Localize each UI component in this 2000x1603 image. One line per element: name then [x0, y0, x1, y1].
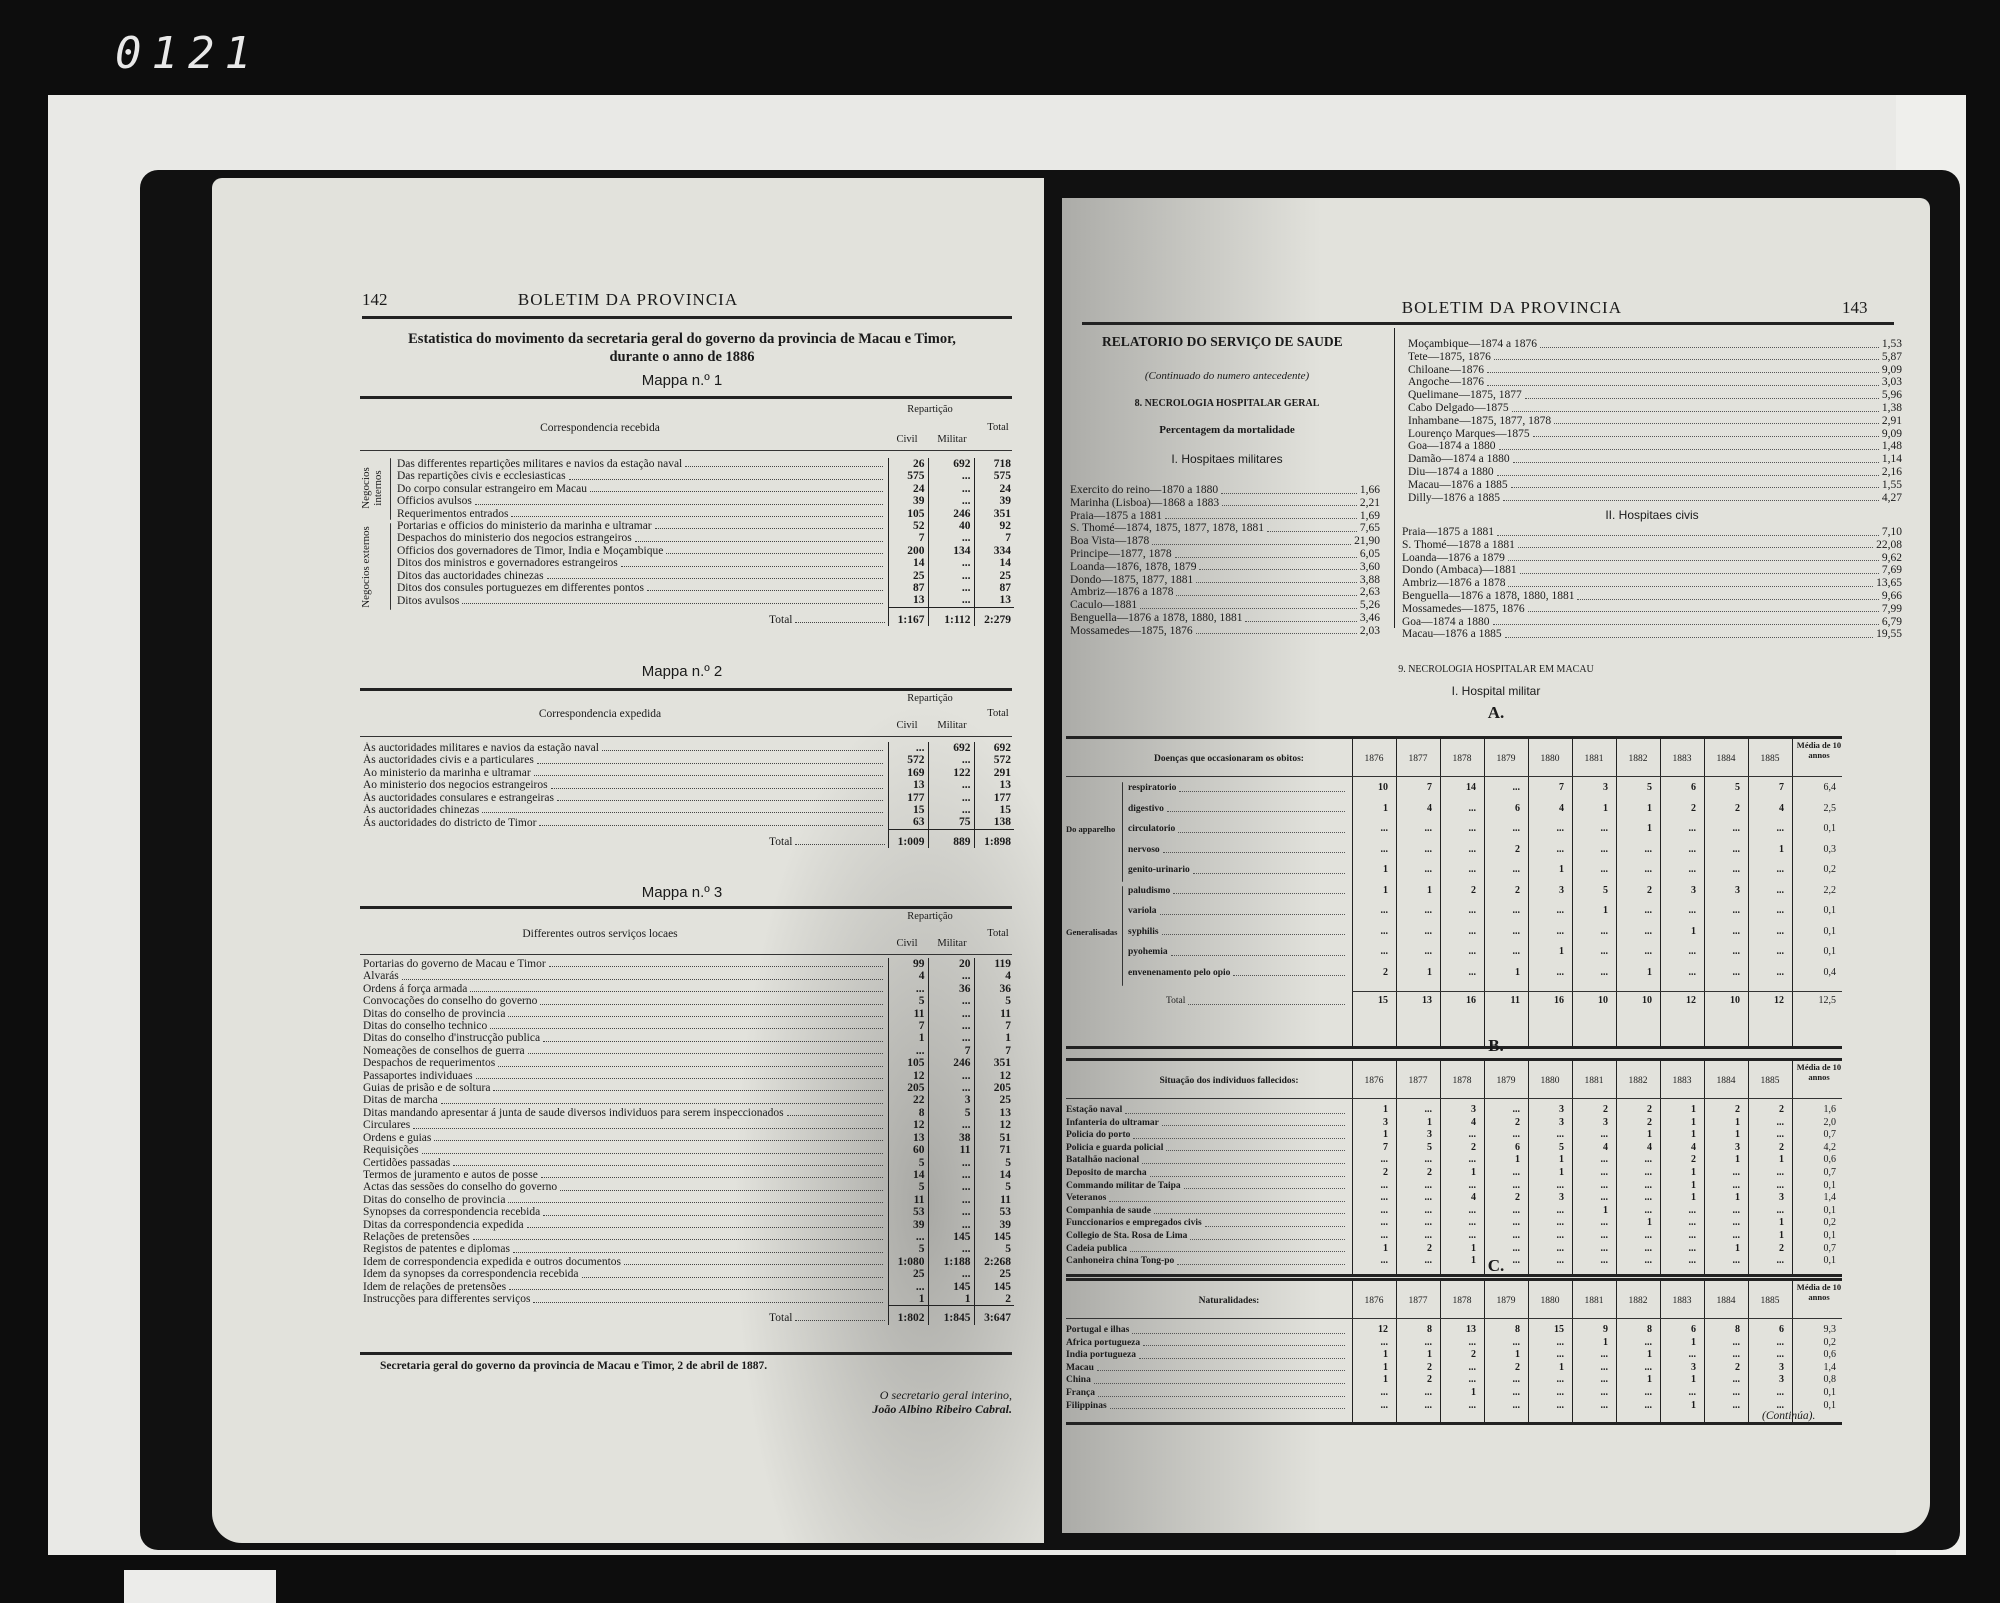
- table-row: Relações de pretensões...145145: [360, 1231, 1014, 1243]
- table-row: Ordens e guias133851: [360, 1132, 1014, 1144]
- militar-value: ...: [928, 1194, 974, 1206]
- civil-value: ...: [888, 1231, 928, 1243]
- hospital-label: Dilly—1876 a 1885: [1408, 492, 1500, 505]
- cell-value: 1: [1352, 1349, 1388, 1360]
- row-label: Alvarás: [363, 970, 399, 982]
- cell-value: ...: [1484, 1129, 1520, 1140]
- row-label: França: [1066, 1387, 1095, 1400]
- cell-value: ...: [1396, 1192, 1432, 1203]
- grand-total: 2:279: [974, 607, 1014, 626]
- total-value: 87: [974, 582, 1014, 594]
- mortality-value: 9,62: [1882, 552, 1902, 565]
- civil-value: 11: [888, 1194, 928, 1206]
- cell-value: ...: [1616, 1230, 1652, 1241]
- mortality-value: 1,53: [1882, 338, 1902, 351]
- row-label: Das repartições civis e ecclesiasticas: [397, 470, 566, 482]
- cell-value: 7: [1748, 782, 1784, 793]
- cell-value: ...: [1572, 1154, 1608, 1165]
- total-row: Total1:8021:8453:647: [360, 1306, 1014, 1325]
- row-label: Funccionarios e empregados civis: [1066, 1217, 1202, 1230]
- total-value: 12: [1660, 995, 1696, 1006]
- year-header: 1881: [1572, 754, 1616, 764]
- cell-value: ...: [1396, 864, 1432, 875]
- cell-value: ...: [1616, 1387, 1652, 1398]
- table-row: Portarias do governo de Macau e Timor992…: [360, 958, 1014, 970]
- militar-value: ...: [928, 557, 974, 569]
- table-row: Circulares12...12: [360, 1119, 1014, 1131]
- media-total: 12,5: [1792, 995, 1836, 1006]
- cell-value: 1: [1396, 1349, 1432, 1360]
- cell-value: ...: [1528, 1129, 1564, 1140]
- cell-value: ...: [1660, 1230, 1696, 1241]
- total-value: 39: [974, 495, 1014, 507]
- row-label: Ditas do conselho technico: [363, 1020, 487, 1032]
- year-header: 1878: [1440, 1076, 1484, 1086]
- total-value: 10: [1572, 995, 1608, 1006]
- cell-value: ...: [1484, 926, 1520, 937]
- cell-value: ...: [1572, 844, 1608, 855]
- table-row: Synopses da correspondencia recebida53..…: [360, 1206, 1014, 1218]
- cell-value: ...: [1748, 946, 1784, 957]
- total-label: Total: [769, 836, 792, 848]
- total-header: Total: [978, 928, 1018, 939]
- year-header: 1883: [1660, 1296, 1704, 1306]
- mortality-value: 5,87: [1882, 351, 1902, 364]
- list-item: Principe—1877, 18786,05: [1070, 548, 1380, 561]
- row-label: Ditas do conselho de provincia: [363, 1008, 505, 1020]
- cell-value: ...: [1396, 1230, 1432, 1241]
- cell-value: 2: [1440, 1349, 1476, 1360]
- civil-value: ...: [888, 983, 928, 995]
- table-row: Das differentes repartições militares e …: [394, 458, 1014, 470]
- total-value: 11: [974, 1194, 1014, 1206]
- cell-value: 13: [1440, 1324, 1476, 1335]
- page-number: 143: [1842, 298, 1868, 318]
- cell-value: ...: [1484, 1230, 1520, 1241]
- cell-value: 1: [1352, 1374, 1388, 1385]
- mortality-value: 3,60: [1360, 561, 1380, 574]
- cell-value: 2: [1352, 1167, 1388, 1178]
- cell-value: ...: [1748, 1117, 1784, 1128]
- total-value: 53: [974, 1206, 1014, 1218]
- table-row: Das repartições civis e ecclesiasticas57…: [394, 470, 1014, 482]
- cell-value: ...: [1616, 1154, 1652, 1165]
- mortality-value: 2,63: [1360, 586, 1380, 599]
- row-label: Circulares: [363, 1119, 410, 1131]
- civil-total: 1:802: [888, 1306, 928, 1325]
- year-header: 1881: [1572, 1296, 1616, 1306]
- cell-value: ...: [1484, 1217, 1520, 1228]
- table-row-label: Deposito de marcha: [1066, 1167, 1348, 1180]
- cell-value: ...: [1616, 844, 1652, 855]
- cell-value: 1: [1660, 1117, 1696, 1128]
- total-value: 12: [974, 1070, 1014, 1082]
- total-value: 4: [974, 970, 1014, 982]
- mappa3-table: Portarias do governo de Macau e Timor992…: [360, 958, 1014, 1325]
- cell-value: ...: [1704, 1387, 1740, 1398]
- row-label: circulatorio: [1128, 823, 1175, 836]
- table-row: Actas das sessões do conselho do governo…: [360, 1181, 1014, 1193]
- militar-value: ...: [928, 1082, 974, 1094]
- mortality-value: 3,46: [1360, 612, 1380, 625]
- mortality-value: 7,69: [1882, 564, 1902, 577]
- cell-value: ...: [1396, 926, 1432, 937]
- civil-value: 200: [888, 545, 928, 557]
- table-row-label: nervoso: [1128, 844, 1348, 857]
- film-label-stub: [124, 1570, 276, 1603]
- cell-value: 1: [1396, 1117, 1432, 1128]
- media-value: 2,0: [1792, 1117, 1836, 1128]
- table-row-label: paludismo: [1128, 885, 1348, 898]
- cell-value: ...: [1484, 1400, 1520, 1411]
- civil-value: 105: [888, 508, 928, 520]
- hospital-label: Quelimane—1875, 1877: [1408, 389, 1522, 402]
- cell-value: ...: [1528, 1230, 1564, 1241]
- year-header: 1877: [1396, 1296, 1440, 1306]
- cell-value: ...: [1704, 823, 1740, 834]
- cell-value: ...: [1484, 864, 1520, 875]
- row-label: Ditas de marcha: [363, 1094, 438, 1106]
- cell-value: 3: [1704, 1142, 1740, 1153]
- cell-value: ...: [1748, 905, 1784, 916]
- hospital-label: Dondo (Ambaca)—1881: [1402, 564, 1517, 577]
- cell-value: 3: [1748, 1192, 1784, 1203]
- table-row: Ás auctoridades chinezas15...15: [360, 804, 1014, 816]
- cell-value: 1: [1704, 1154, 1740, 1165]
- civil-value: 22: [888, 1094, 928, 1106]
- mortality-value: 4,27: [1882, 492, 1902, 505]
- cell-value: ...: [1484, 782, 1520, 793]
- cell-value: 1: [1704, 1243, 1740, 1254]
- civil-value: 12: [888, 1119, 928, 1131]
- militar-value: 246: [928, 508, 974, 520]
- row-label: Filippinas: [1066, 1400, 1107, 1413]
- cell-value: 8: [1396, 1324, 1432, 1335]
- row-label: Relações de pretensões: [363, 1231, 470, 1243]
- cell-value: 2: [1396, 1362, 1432, 1373]
- table-row-label: Policia e guarda policial: [1066, 1142, 1348, 1155]
- cell-value: 5: [1528, 1142, 1564, 1153]
- total-value: 13: [974, 779, 1014, 791]
- row-label: paludismo: [1128, 885, 1170, 898]
- hospital-label: Diu—1874 a 1880: [1408, 466, 1494, 479]
- row-label: Policia do porto: [1066, 1129, 1130, 1142]
- row-label: Ao ministerio dos negocios estrangeiros: [363, 779, 548, 791]
- year-header: 1885: [1748, 754, 1792, 764]
- cell-value: ...: [1528, 1387, 1564, 1398]
- total-value: 205: [974, 1082, 1014, 1094]
- militar-value: ...: [928, 1169, 974, 1181]
- list-item: Chiloane—18769,09: [1408, 364, 1902, 377]
- cell-value: ...: [1704, 946, 1740, 957]
- media-value: 2,5: [1792, 803, 1836, 814]
- total-value: 36: [974, 983, 1014, 995]
- cell-value: ...: [1484, 905, 1520, 916]
- row-label: Portarias e officios do ministerio da ma…: [397, 520, 652, 532]
- row-label: Guias de prisão e de soltura: [363, 1082, 490, 1094]
- running-head: BOLETIM DA PROVINCIA: [212, 290, 1044, 310]
- cell-value: 2: [1704, 803, 1740, 814]
- hospital-label: Chiloane—1876: [1408, 364, 1484, 377]
- cell-value: ...: [1528, 1337, 1564, 1348]
- total-value: 351: [974, 508, 1014, 520]
- mortality-value: 1,48: [1882, 440, 1902, 453]
- civil-value: 13: [888, 594, 928, 607]
- cell-value: 1: [1528, 864, 1564, 875]
- cell-value: ...: [1396, 1104, 1432, 1115]
- civil-value: 7: [888, 532, 928, 544]
- cell-value: ...: [1484, 1337, 1520, 1348]
- repartition-header: Repartição: [888, 404, 972, 415]
- militar-value: ...: [928, 582, 974, 594]
- table-row-label: circulatorio: [1128, 823, 1348, 836]
- civil-header: Civil: [888, 938, 926, 949]
- cell-value: ...: [1528, 967, 1564, 978]
- cell-value: ...: [1572, 1349, 1608, 1360]
- cell-value: ...: [1440, 1374, 1476, 1385]
- cell-value: 4: [1396, 803, 1432, 814]
- cell-value: 1: [1616, 967, 1652, 978]
- cell-value: 1: [1616, 823, 1652, 834]
- table-row-label: Veteranos: [1066, 1192, 1348, 1205]
- cell-value: 1: [1660, 1104, 1696, 1115]
- row-label: Requerimentos entrados: [397, 508, 508, 520]
- cell-value: ...: [1660, 844, 1696, 855]
- total-value: 138: [974, 816, 1014, 829]
- cell-value: 8: [1484, 1324, 1520, 1335]
- civil-value: 11: [888, 1008, 928, 1020]
- cell-value: 6: [1660, 1324, 1696, 1335]
- cell-value: 1: [1572, 905, 1608, 916]
- row-label: Ditas do conselho de provincia: [363, 1194, 505, 1206]
- row-label: Ditas da correspondencia expedida: [363, 1219, 524, 1231]
- table-row: Officios dos governadores de Timor, Indi…: [394, 545, 1014, 557]
- cell-value: ...: [1528, 823, 1564, 834]
- row-label: Actas das sessões do conselho do governo: [363, 1181, 557, 1193]
- cell-value: ...: [1528, 844, 1564, 855]
- row-label: Commando militar de Taipa: [1066, 1180, 1181, 1193]
- militar-value: 1: [928, 1293, 974, 1306]
- media-value: 4,2: [1792, 1142, 1836, 1153]
- cell-value: ...: [1352, 1154, 1388, 1165]
- table-row-label: respiratorio: [1128, 782, 1348, 795]
- cell-value: 2: [1704, 1104, 1740, 1115]
- total-value: 5: [974, 1181, 1014, 1193]
- mortality-value: 7,99: [1882, 603, 1902, 616]
- civil-header: Civil: [888, 434, 926, 445]
- militar-value: ...: [928, 495, 974, 507]
- signature-title: O secretario geral interino,: [712, 1388, 1012, 1403]
- hospital-label: Benguella—1876 a 1878, 1880, 1881: [1070, 612, 1242, 625]
- total-value: 15: [1352, 995, 1388, 1006]
- row-label: pyohemia: [1128, 946, 1168, 959]
- media-value: 0,1: [1792, 1230, 1836, 1241]
- cell-value: 2: [1660, 1154, 1696, 1165]
- table-row-label: Funccionarios e empregados civis: [1066, 1217, 1348, 1230]
- civil-value: 60: [888, 1144, 928, 1156]
- cell-value: 6: [1484, 803, 1520, 814]
- cell-value: ...: [1440, 1180, 1476, 1191]
- row-label: Macau: [1066, 1362, 1094, 1375]
- total-value: 7: [974, 532, 1014, 544]
- cell-value: 1: [1616, 1129, 1652, 1140]
- year-header: 1879: [1484, 1076, 1528, 1086]
- row-label: Despachos do ministerio dos negocios est…: [397, 532, 632, 544]
- table-row: Ditas mandando apresentar á junta de sau…: [360, 1107, 1014, 1119]
- total-value: 575: [974, 470, 1014, 482]
- row-label: Ditas do conselho d'instrucção publica: [363, 1032, 540, 1044]
- cell-value: ...: [1572, 1362, 1608, 1373]
- cell-value: ...: [1572, 1230, 1608, 1241]
- table-row: Idem da synopses da correspondencia rece…: [360, 1268, 1014, 1280]
- cell-value: 1: [1484, 1349, 1520, 1360]
- cell-value: 6: [1748, 1324, 1784, 1335]
- media-value: 0,6: [1792, 1154, 1836, 1165]
- civil-value: 105: [888, 1057, 928, 1069]
- table-row: Nomeações de conselhos de guerra...77: [360, 1045, 1014, 1057]
- year-header: 1885: [1748, 1296, 1792, 1306]
- total-value: 2: [974, 1293, 1014, 1306]
- row-label: Ditos avulsos: [397, 595, 459, 607]
- cell-value: ...: [1440, 1154, 1476, 1165]
- mortality-value: 3,88: [1360, 574, 1380, 587]
- cell-value: ...: [1440, 844, 1476, 855]
- hospital-label: Exercito do reino—1870 a 1880: [1070, 484, 1218, 497]
- cell-value: 6: [1484, 1142, 1520, 1153]
- repartition-header: Repartição: [888, 693, 972, 704]
- year-header: 1876: [1352, 1076, 1396, 1086]
- civil-value: 99: [888, 958, 928, 970]
- cell-value: 3: [1528, 1192, 1564, 1203]
- row-label: Nomeações de conselhos de guerra: [363, 1045, 525, 1057]
- year-header: 1881: [1572, 1076, 1616, 1086]
- row-label: Das differentes repartições militares e …: [397, 458, 682, 470]
- cell-value: ...: [1352, 1230, 1388, 1241]
- media-header: Média de 10 annos: [1794, 1063, 1844, 1082]
- cell-value: ...: [1352, 1192, 1388, 1203]
- cell-value: 3: [1396, 1129, 1432, 1140]
- hospital-label: S. Thomé—1874, 1875, 1877, 1878, 1881: [1070, 522, 1264, 535]
- media-value: 0,4: [1792, 967, 1836, 978]
- row-label: respiratorio: [1128, 782, 1176, 795]
- list-item: Ambriz—1876 a 187813,65: [1402, 577, 1902, 590]
- civil-value: 169: [888, 767, 928, 779]
- cell-value: ...: [1396, 1205, 1432, 1216]
- total-value: 145: [974, 1231, 1014, 1243]
- cell-value: 2: [1572, 1104, 1608, 1115]
- row-label: China: [1066, 1374, 1091, 1387]
- cell-value: 4: [1572, 1142, 1608, 1153]
- table-row: Ditas do conselho technico7...7: [360, 1020, 1014, 1032]
- militar-value: 36: [928, 983, 974, 995]
- table-row-label: Africa portugueza: [1066, 1337, 1348, 1350]
- civil-value: 53: [888, 1206, 928, 1218]
- cell-value: 1: [1352, 1243, 1388, 1254]
- cell-value: 1: [1748, 1154, 1784, 1165]
- media-value: 0,1: [1792, 1400, 1836, 1411]
- cell-value: ...: [1748, 1180, 1784, 1191]
- cell-value: 5: [1704, 782, 1740, 793]
- militar-value: ...: [928, 1268, 974, 1280]
- mappa2-col-label: Correspondencia expedida: [360, 708, 840, 720]
- group-negocios-externos: Negocios externos: [360, 524, 372, 610]
- cell-value: ...: [1616, 905, 1652, 916]
- cell-value: ...: [1352, 1387, 1388, 1398]
- cell-value: ...: [1484, 1387, 1520, 1398]
- row-label: Ditas mandando apresentar á junta de sau…: [363, 1107, 784, 1119]
- militar-value: ...: [928, 995, 974, 1007]
- total-value: 5: [974, 1157, 1014, 1169]
- cell-value: ...: [1572, 1167, 1608, 1178]
- civil-value: 39: [888, 495, 928, 507]
- cell-value: ...: [1660, 1243, 1696, 1254]
- total-row-label: Total: [1166, 995, 1348, 1008]
- row-label: Idem da synopses da correspondencia rece…: [363, 1268, 579, 1280]
- cell-value: ...: [1704, 844, 1740, 855]
- list-item: Caculo—18815,26: [1070, 599, 1380, 612]
- media-value: 0,1: [1792, 1205, 1836, 1216]
- cell-value: ...: [1528, 1180, 1564, 1191]
- cell-value: 2: [1352, 967, 1388, 978]
- row-label: digestivo: [1128, 803, 1164, 816]
- cell-value: ...: [1704, 1337, 1740, 1348]
- cell-value: 3: [1660, 885, 1696, 896]
- total-header: Total: [978, 708, 1018, 719]
- cell-value: ...: [1528, 905, 1564, 916]
- list-item: Dondo—1875, 1877, 18813,88: [1070, 574, 1380, 587]
- media-value: 0,1: [1792, 1387, 1836, 1398]
- media-value: 0,7: [1792, 1243, 1836, 1254]
- civil-value: 25: [888, 1268, 928, 1280]
- table-row-label: digestivo: [1128, 803, 1348, 816]
- list-item: Praia—1875 a 18817,10: [1402, 526, 1902, 539]
- mortality-value: 13,65: [1876, 577, 1902, 590]
- civil-value: 1:080: [888, 1256, 928, 1268]
- civil-value: 12: [888, 1070, 928, 1082]
- year-header: 1878: [1440, 754, 1484, 764]
- cell-value: ...: [1396, 1154, 1432, 1165]
- civil-value: 5: [888, 995, 928, 1007]
- civil-header: Civil: [888, 720, 926, 731]
- group-label: Do apparelho: [1066, 824, 1115, 834]
- hospital-label: S. Thomé—1878 a 1881: [1402, 539, 1515, 552]
- row-label: Requisições: [363, 1144, 419, 1156]
- militar-value: ...: [928, 1219, 974, 1231]
- list-item: Inhambane—1875, 1877, 18782,91: [1408, 415, 1902, 428]
- total-value: 12: [1748, 995, 1784, 1006]
- table-row-label: variola: [1128, 905, 1348, 918]
- civil-value: 63: [888, 816, 928, 829]
- cell-value: 1: [1352, 1362, 1388, 1373]
- list-item: Goa—1874 a 18801,48: [1408, 440, 1902, 453]
- table-row-label: genito-urinario: [1128, 864, 1348, 877]
- cell-value: ...: [1704, 967, 1740, 978]
- footer-line: Secretaria geral do governo da provincia…: [380, 1360, 767, 1372]
- hospital-label: Macau—1876 a 1885: [1408, 479, 1508, 492]
- cell-value: 1: [1484, 1154, 1520, 1165]
- total-row: Total1:0098891:898: [360, 829, 1014, 848]
- table-row-label: Companhia de saude: [1066, 1205, 1348, 1218]
- hospital-label: Lourenço Marques—1875: [1408, 428, 1530, 441]
- list-item: Praia—1875 a 18811,69: [1070, 510, 1380, 523]
- cell-value: ...: [1704, 1167, 1740, 1178]
- cell-value: 1: [1440, 1167, 1476, 1178]
- hospital-label: Goa—1874 a 1880: [1402, 616, 1490, 629]
- cell-value: 2: [1484, 1192, 1520, 1203]
- cell-value: ...: [1440, 905, 1476, 916]
- total-value: 692: [974, 742, 1014, 754]
- row-label: Ditos dos consules portuguezes em differ…: [397, 582, 644, 594]
